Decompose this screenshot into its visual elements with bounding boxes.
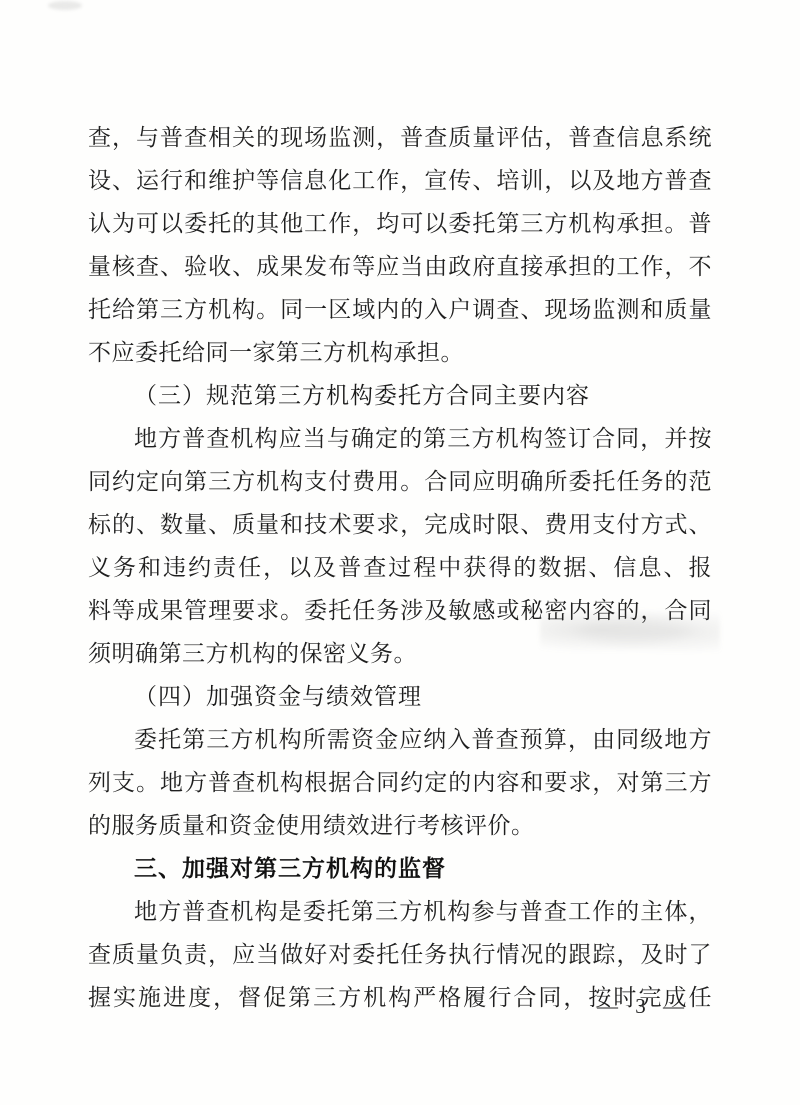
text-line: 托给第三方机构。同一区域内的入户调查、现场监测和质量评估 <box>88 288 712 331</box>
paragraph: 地方普查机构应当与确定的第三方机构签订合同，并按照合同约定向第三方机构支付费用。… <box>88 417 712 675</box>
text-line: （三）规范第三方机构委托方合同主要内容 <box>88 374 712 417</box>
section-heading: 三、加强对第三方机构的监督 <box>88 847 712 890</box>
text-line: 查质量负责，应当做好对委托任务执行情况的跟踪，及时了解掌 <box>88 933 712 976</box>
text-line: 的服务质量和资金使用绩效进行考核评价。 <box>88 804 712 847</box>
text-line: 设、运行和维护等信息化工作，宣传、培训，以及地方普查机构 <box>88 159 712 202</box>
paragraph: 委托第三方机构所需资金应纳入普查预算，由同级地方财政列支。地方普查机构根据合同约… <box>88 718 712 847</box>
text-line: 不应委托给同一家第三方机构承担。 <box>88 331 712 374</box>
text-line: 地方普查机构是委托第三方机构参与普查工作的主体，对普 <box>88 890 712 933</box>
text-line: （四）加强资金与绩效管理 <box>88 675 712 718</box>
text-line: 三、加强对第三方机构的监督 <box>88 847 712 890</box>
paragraph: 查，与普查相关的现场监测，普查质量评估，普查信息系统建设、运行和维护等信息化工作… <box>88 116 712 374</box>
text-line: 量核查、验收、成果发布等应当由政府直接承担的工作，不得委 <box>88 245 712 288</box>
text-line: 同约定向第三方机构支付费用。合同应明确所委托任务的范围、 <box>88 460 712 503</box>
document-page: 查，与普查相关的现场监测，普查质量评估，普查信息系统建设、运行和维护等信息化工作… <box>0 0 800 1105</box>
text-line: 地方普查机构应当与确定的第三方机构签订合同，并按照合 <box>88 417 712 460</box>
text-line: 委托第三方机构所需资金应纳入普查预算，由同级地方财政 <box>88 718 712 761</box>
scan-artifact <box>48 1 82 10</box>
section-subheading: （四）加强资金与绩效管理 <box>88 675 712 718</box>
section-subheading: （三）规范第三方机构委托方合同主要内容 <box>88 374 712 417</box>
text-line: 查，与普查相关的现场监测，普查质量评估，普查信息系统建 <box>88 116 712 159</box>
text-line: 料等成果管理要求。委托任务涉及敏感或秘密内容的，合同中还 <box>88 589 712 632</box>
page-number: — 3 — <box>597 994 690 1019</box>
text-line: 列支。地方普查机构根据合同约定的内容和要求，对第三方机构 <box>88 761 712 804</box>
text-line: 义务和违约责任，以及普查过程中获得的数据、信息、报告、资 <box>88 546 712 589</box>
document-body: 查，与普查相关的现场监测，普查质量评估，普查信息系统建设、运行和维护等信息化工作… <box>88 116 712 1019</box>
text-line: 标的、数量、质量和技术要求，完成时限、费用支付方式、权利 <box>88 503 712 546</box>
text-line: 须明确第三方机构的保密义务。 <box>88 632 712 675</box>
text-line: 认为可以委托的其他工作，均可以委托第三方机构承担。普查质 <box>88 202 712 245</box>
